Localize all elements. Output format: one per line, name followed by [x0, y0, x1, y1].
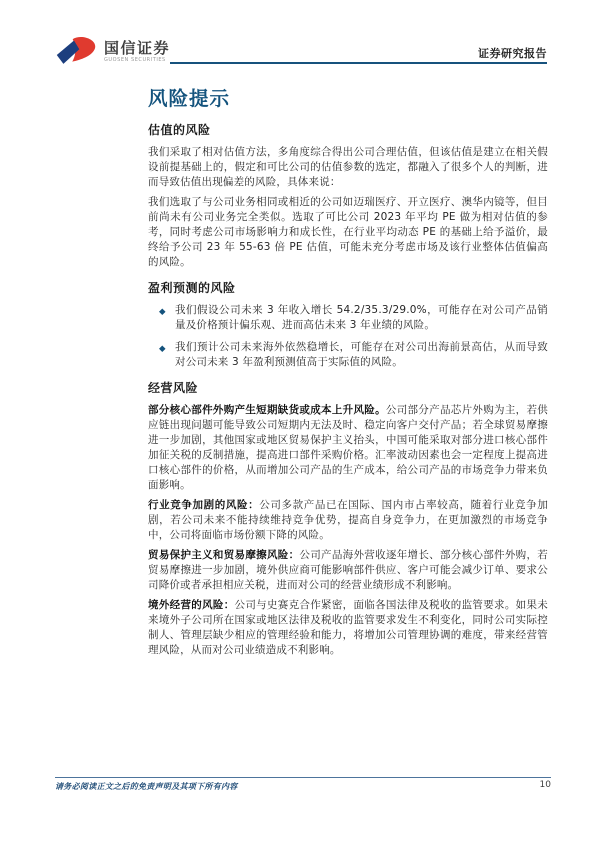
logo-text: 国信证券 GUOSEN SECURITIES [104, 40, 170, 64]
paragraph: 部分核心部件外购产生短期缺货或成本上升风险。公司部分产品芯片外购为主，若供应链出… [148, 403, 548, 493]
bullet-text: 我们预计公司未来海外依然稳增长，可能存在对公司出海前景高估，从而导致对公司未来 … [175, 341, 548, 368]
paragraph: 我们选取了与公司业务相同或相近的公司如迈瑞医疗、开立医疗、澳华内镜等，但目前尚未… [148, 195, 548, 270]
report-body: 风险提示 估值的风险 我们采取了相对估值方法，多角度综合得出公司合理估值，但该估… [148, 86, 548, 663]
logo-company-name-en: GUOSEN SECURITIES [104, 57, 170, 64]
section-valuation-risk: 估值的风险 我们采取了相对估值方法，多角度综合得出公司合理估值，但该估值是建立在… [148, 122, 548, 270]
paragraph-lead: 行业竞争加剧的风险： [148, 499, 259, 511]
section-heading-valuation: 估值的风险 [148, 122, 548, 138]
paragraph-lead: 贸易保护主义和贸易摩擦风险： [148, 549, 299, 561]
logo-company-name: 国信证券 [104, 40, 170, 57]
paragraph-lead: 境外经营的风险： [148, 599, 235, 611]
section-heading-operating: 经营风险 [148, 380, 548, 396]
diamond-bullet-icon: ◆ [159, 342, 166, 357]
paragraph-text: 公司部分产品芯片外购为主，若供应链出现问题可能导致公司短期内无法及时、稳定向客户… [148, 404, 548, 491]
paragraph: 我们采取了相对估值方法，多角度综合得出公司合理估值，但该估值是建立在相关假设前提… [148, 145, 548, 190]
page-number: 10 [540, 780, 551, 790]
report-type-label: 证券研究报告 [478, 45, 547, 61]
paragraph: 贸易保护主义和贸易摩擦风险：公司产品海外营收逐年增长、部分核心部件外购，若贸易摩… [148, 548, 548, 593]
bullet-text: 我们假设公司未来 3 年收入增长 54.2/35.3/29.0%，可能存在对公司… [175, 304, 548, 331]
paragraph-lead: 部分核心部件外购产生短期缺货或成本上升风险。 [148, 404, 386, 416]
section-operating-risk: 经营风险 部分核心部件外购产生短期缺货或成本上升风险。公司部分产品芯片外购为主，… [148, 380, 548, 658]
header-divider [170, 62, 547, 64]
footer-disclaimer: 请务必阅读正文之后的免责声明及其项下所有内容 [55, 781, 238, 792]
guosen-logo: 国信证券 GUOSEN SECURITIES [55, 36, 170, 67]
bullet-item: ◆ 我们预计公司未来海外依然稳增长，可能存在对公司出海前景高估，从而导致对公司未… [148, 340, 548, 370]
diamond-bullet-icon: ◆ [159, 305, 166, 320]
page-title: 风险提示 [148, 86, 548, 112]
footer-divider [55, 777, 551, 778]
section-profit-forecast-risk: 盈利预测的风险 ◆ 我们假设公司未来 3 年收入增长 54.2/35.3/29.… [148, 280, 548, 370]
guosen-logo-icon [55, 36, 101, 67]
section-heading-profit-forecast: 盈利预测的风险 [148, 280, 548, 296]
report-page: 国信证券 GUOSEN SECURITIES 证券研究报告 风险提示 估值的风险… [0, 0, 596, 842]
bullet-item: ◆ 我们假设公司未来 3 年收入增长 54.2/35.3/29.0%，可能存在对… [148, 303, 548, 333]
paragraph: 境外经营的风险：公司与史赛克合作紧密，面临各国法律及税收的监管要求。如果未来境外… [148, 598, 548, 658]
paragraph: 行业竞争加剧的风险：公司多款产品已在国际、国内市占率较高，随着行业竞争加剧，若公… [148, 498, 548, 543]
